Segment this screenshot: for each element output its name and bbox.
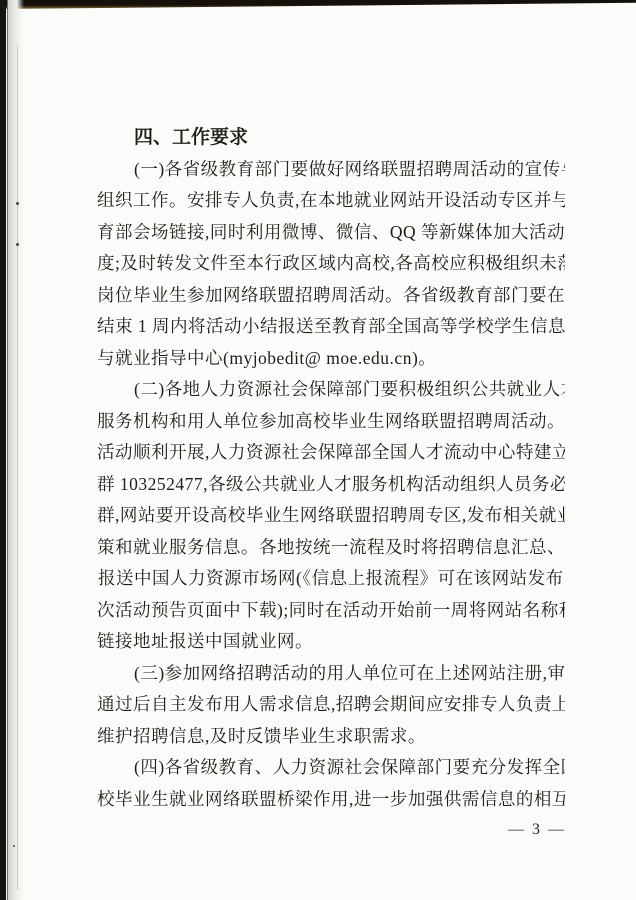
scan-speck — [16, 243, 19, 246]
scan-speck — [16, 202, 19, 205]
scanned-document-page: 四、工作要求 (一)各省级教育部门要做好网络联盟招聘周活动的宣传与 组织工作。安… — [0, 0, 636, 900]
text-line: 群 103252477,各级公共就业人才服务机构活动组织人员务必加 — [97, 469, 565, 501]
text-line: 维护招聘信息,及时反馈毕业生求职需求。 — [97, 721, 565, 753]
scan-edge-left — [0, 0, 6, 900]
paragraph-1: (一)各省级教育部门要做好网络联盟招聘周活动的宣传与 组织工作。安排专人负责,在… — [97, 154, 565, 375]
text-line: 育部会场链接,同时利用微博、微信、QQ 等新媒体加大活动宣传力 — [97, 217, 565, 249]
text-line: 群,网站要开设高校毕业生网络联盟招聘周专区,发布相关就业政 — [97, 500, 565, 532]
text-line: 链接地址报送中国就业网。 — [97, 626, 565, 658]
text-line: 策和就业服务信息。各地按统一流程及时将招聘信息汇总、审核、 — [97, 532, 565, 564]
text-line: 结束 1 周内将活动小结报送至教育部全国高等学校学生信息咨询 — [97, 311, 565, 343]
scan-edge-left-shade — [8, 0, 24, 900]
text-line: (三)参加网络招聘活动的用人单位可在上述网站注册,审核 — [97, 658, 565, 690]
page-fold-line — [17, 45, 18, 890]
text-line: (二)各地人力资源社会保障部门要积极组织公共就业人才 — [97, 374, 565, 406]
text-line: 活动顺利开展,人力资源社会保障部全国人才流动中心特建立 QQ — [97, 437, 565, 469]
text-line: 与就业指导中心(myjobedit@ moe.edu.cn)。 — [97, 343, 565, 375]
paragraph-2: (二)各地人力资源社会保障部门要积极组织公共就业人才 服务机构和用人单位参加高校… — [97, 374, 565, 658]
text-line: 度;及时转发文件至本行政区域内高校,各高校应积极组织未落实 — [97, 248, 565, 280]
text-line: 组织工作。安排专人负责,在本地就业网站开设活动专区并与教 — [97, 185, 565, 217]
text-line: 校毕业生就业网络联盟桥梁作用,进一步加强供需信息的相互贯 — [97, 784, 565, 816]
text-line: 岗位毕业生参加网络联盟招聘周活动。各省级教育部门要在活动 — [97, 280, 565, 312]
text-line: (一)各省级教育部门要做好网络联盟招聘周活动的宣传与 — [97, 154, 565, 186]
paragraph-4: (四)各省级教育、人力资源社会保障部门要充分发挥全国高 校毕业生就业网络联盟桥梁… — [97, 752, 565, 815]
text-line: 通过后自主发布用人需求信息,招聘会期间应安排专人负责上网 — [97, 689, 565, 721]
text-line: 服务机构和用人单位参加高校毕业生网络联盟招聘周活动。为了 — [97, 406, 565, 438]
text-line: (四)各省级教育、人力资源社会保障部门要充分发挥全国高 — [97, 752, 565, 784]
document-body: 四、工作要求 (一)各省级教育部门要做好网络联盟招聘周活动的宣传与 组织工作。安… — [97, 122, 565, 815]
paragraph-3: (三)参加网络招聘活动的用人单位可在上述网站注册,审核 通过后自主发布用人需求信… — [97, 658, 565, 753]
scan-edge-top — [0, 0, 636, 9]
text-line: 次活动预告页面中下载);同时在活动开始前一周将网站名称和 — [97, 595, 565, 627]
scan-speck — [13, 845, 15, 847]
section-heading: 四、工作要求 — [97, 122, 565, 154]
text-line: 、报送中国人力资源市场网(《信息上报流程》可在该网站发布的本 — [97, 563, 565, 595]
page-number: — 3 — — [495, 818, 579, 842]
